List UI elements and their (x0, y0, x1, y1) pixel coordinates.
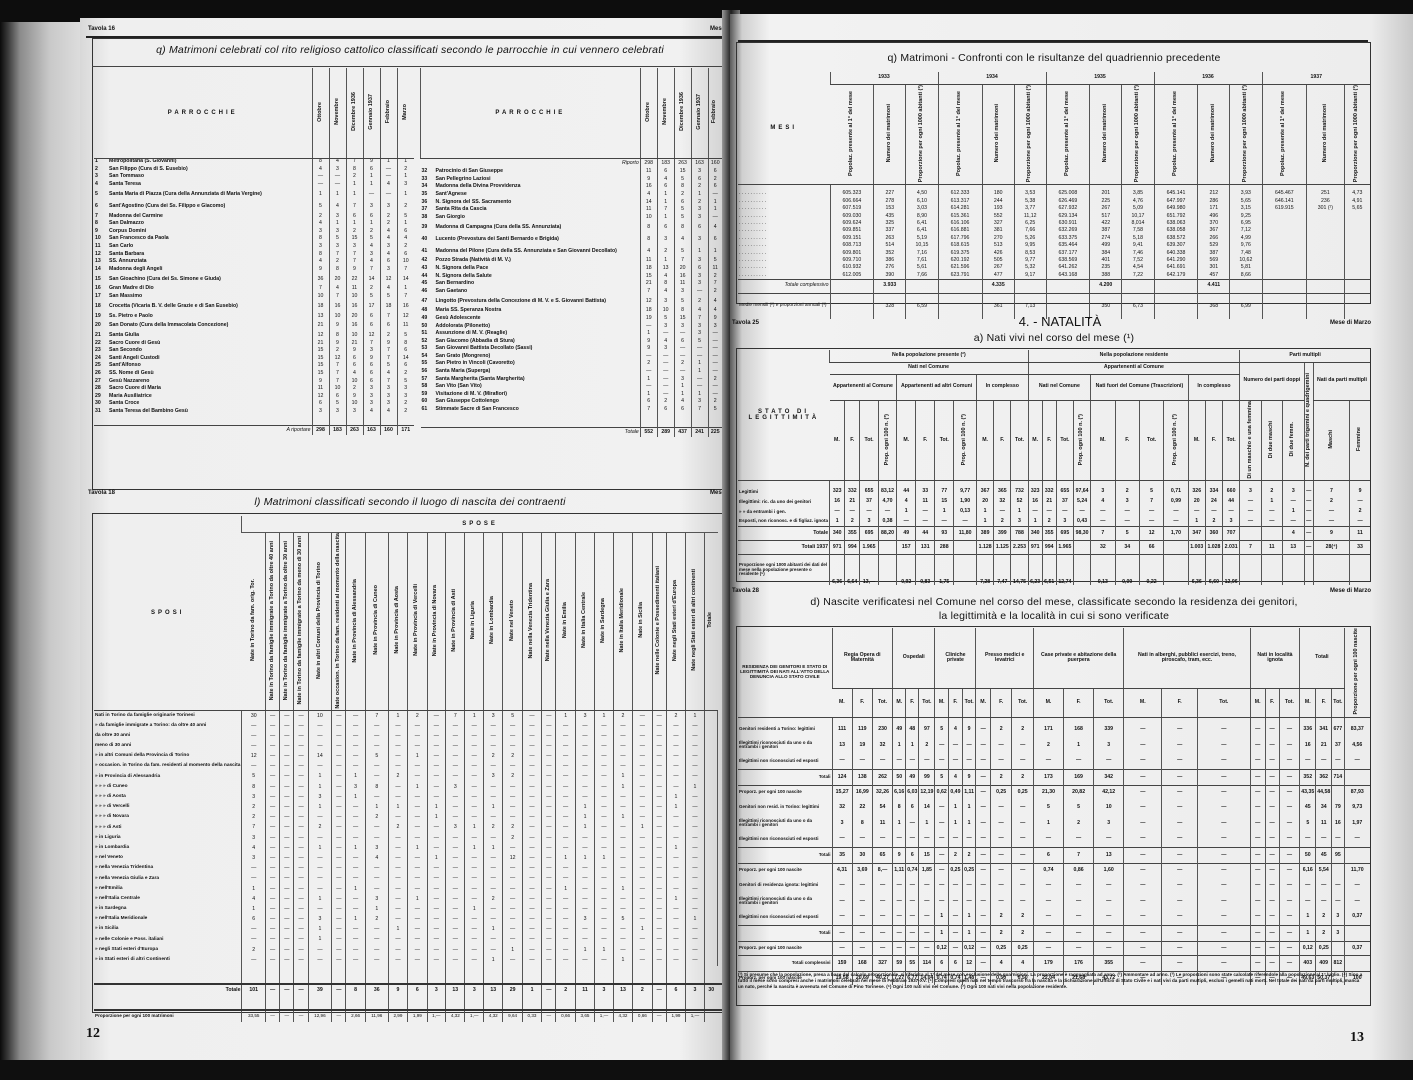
table-cell: — (542, 935, 556, 945)
table-cell: 10 (397, 258, 414, 266)
table-cell: 3 (312, 243, 329, 251)
table-cell: 6,25 (1014, 220, 1046, 227)
table-cell: — (332, 792, 346, 802)
row-number: 55 (422, 361, 436, 366)
table-cell: 13 (484, 984, 503, 998)
table-cell: 1 (329, 188, 346, 200)
table-cell: 9,73 (1344, 799, 1370, 815)
table-cell: 2 (397, 400, 414, 408)
col-header: Numero dei matrimoni (995, 104, 1001, 162)
row-number: 56 (422, 369, 436, 374)
table-cell: 49 (897, 527, 916, 541)
row-number: 9 (95, 229, 109, 234)
table-cell: — (962, 877, 976, 893)
table-cell: 0,86 (1064, 863, 1094, 877)
parish-name: 48Maria SS. Speranza Nostra (421, 307, 641, 315)
table-cell: — (446, 864, 465, 874)
table-cell: 4 (365, 853, 388, 863)
table-row: . . . . . . . . . .605.3232274,50612.333… (738, 190, 1370, 197)
row-label: Totali (738, 847, 832, 863)
parish-name: 23San Secondo (94, 347, 312, 355)
table-cell: — (388, 884, 407, 894)
table-cell: 15 (674, 315, 691, 323)
table-cell: 3 (312, 408, 329, 416)
col-header: Numero dei matrimoni (887, 104, 893, 162)
table-cell: 1 (1064, 737, 1094, 753)
col-header: Nate occasion. in Torino da fam. residen… (336, 533, 342, 709)
row-label: » nella Venezia Giulia e Zara (94, 874, 242, 884)
table-cell: 2 (388, 772, 407, 782)
table-cell: 163 (363, 425, 380, 435)
table-cell: — (503, 813, 522, 823)
table-cell: — (652, 874, 666, 884)
table-cell: — (1091, 517, 1115, 527)
table-cell: — (332, 853, 346, 863)
col-header: M. (1091, 400, 1115, 481)
table-row: 36N. Signora del SS. Sacramento141621 (421, 198, 723, 206)
table-cell: 4 (363, 258, 380, 266)
table-cell: — (633, 792, 652, 802)
table-cell: 1,— (595, 1010, 614, 1022)
table-cell: — (1124, 785, 1162, 799)
table-cell: 1 (962, 815, 976, 831)
row-label: Totali complessivi (738, 955, 832, 971)
table-cell: — (427, 772, 446, 782)
table-cell: 1 (686, 711, 705, 721)
table-cell: 5 (674, 295, 691, 307)
group-header: Nati da parti multipli (1313, 362, 1370, 400)
table-cell: — (1064, 893, 1094, 909)
table-cell: 367 (1198, 227, 1230, 234)
col-header: M. (1028, 400, 1042, 481)
table-cell (704, 915, 717, 925)
table-cell: 111 (832, 721, 852, 737)
table-cell: — (427, 904, 446, 914)
table-cell: — (294, 772, 308, 782)
table-cell: — (640, 383, 657, 391)
table-cell: — (503, 874, 522, 884)
table-cell: — (686, 853, 705, 863)
col-header: Di due femm. (1290, 422, 1296, 457)
table-cell: — (1279, 925, 1300, 941)
table-cell: — (686, 935, 705, 945)
table-cell: 2,99 (388, 1010, 407, 1022)
table-cell: 362 (1316, 769, 1332, 785)
section-title: 4. - NATALITÀ (910, 314, 1210, 329)
table-cell: — (595, 752, 614, 762)
table-cell: — (575, 792, 594, 802)
parish-name: 28Sacro Cuore di Maria (94, 385, 312, 393)
table-cell: 7,47 (994, 555, 1011, 585)
col-month: Ottobre (318, 102, 324, 122)
table-cell: — (691, 288, 708, 296)
table-cell: — (666, 762, 685, 772)
table-cell: — (265, 711, 279, 721)
table-cell: 21 (640, 280, 657, 288)
table-cell: 4 (1283, 527, 1304, 541)
table-cell (704, 752, 717, 762)
group-header: Numero dei parti doppi (1240, 362, 1304, 400)
table-cell: 263 (874, 235, 906, 242)
table-cell: 505 (982, 257, 1014, 264)
table-cell: 3 (242, 833, 266, 843)
table-cell: 6 (691, 176, 708, 184)
table-cell: 3 (1332, 909, 1344, 925)
table-cell: — (633, 884, 652, 894)
row-number: 22 (95, 341, 109, 346)
table-cell: — (633, 711, 652, 721)
table-cell: — (919, 753, 935, 769)
table-cell: — (465, 792, 484, 802)
row-number: 20 (95, 323, 109, 328)
table-cell: — (575, 782, 594, 792)
table-cell: 37 (1056, 497, 1073, 507)
table-cell: 1 (691, 368, 708, 376)
table-cell (1262, 257, 1307, 264)
table-cell: 3 (363, 200, 380, 212)
table-cell (704, 935, 717, 945)
table-cell: 10 (329, 312, 346, 320)
table-cell: 289 (657, 427, 674, 437)
table-cell: — (1064, 925, 1094, 941)
table-cell: 30 (852, 847, 872, 863)
tav28-title-line2: la legittimità e la località in cui si s… (740, 610, 1368, 622)
col-header: Tot. (935, 400, 954, 481)
parish-name: 3San Tommaso (94, 173, 312, 181)
parish-name: 37Santa Rita da Cascia (421, 206, 641, 214)
table-cell: — (542, 894, 556, 904)
table-cell: — (1279, 769, 1300, 785)
table-cell: 9 (708, 315, 722, 323)
table-cell: 278 (874, 198, 906, 205)
table-cell: 6 (329, 393, 346, 401)
rule (92, 66, 724, 67)
table-cell: — (1344, 893, 1370, 909)
table-cell: — (408, 925, 427, 935)
table-cell (704, 741, 717, 751)
table-cell (704, 894, 717, 904)
table-cell: — (427, 782, 446, 792)
table-cell: — (633, 843, 652, 853)
table-cell: 7 (365, 711, 388, 721)
table-cell: — (503, 762, 522, 772)
table-row: . . . . . . . . . .606.6642786,10613.317… (738, 198, 1370, 205)
table-cell: 632.269 (1046, 227, 1090, 234)
table-cell: 1 (388, 803, 407, 813)
table-cell: 9,41 (1122, 242, 1154, 249)
table-cell: 1 (640, 391, 657, 399)
table-cell: 4 (640, 191, 657, 199)
table-cell: 1 (575, 823, 594, 833)
table-cell: — (708, 214, 722, 222)
table-cell: 5,61 (906, 264, 938, 271)
table-cell: 4 (242, 843, 266, 853)
table-cell: 627.932 (1046, 205, 1090, 212)
table-cell: 14 (363, 273, 380, 285)
table-cell: — (522, 853, 541, 863)
table-cell: — (595, 803, 614, 813)
table-cell: 93 (935, 527, 954, 541)
table-cell: — (265, 782, 279, 792)
table-cell: — (652, 721, 666, 731)
table-cell: 5,26 (1014, 235, 1046, 242)
table-cell: 1 (613, 772, 632, 782)
table-cell: — (408, 731, 427, 741)
table-cell: 1 (1188, 517, 1205, 527)
table-cell: — (332, 904, 346, 914)
table-cell: 3 (427, 984, 446, 998)
births-table: STATO DI LEGITTIMITÀ Nella popolazione p… (738, 350, 1370, 585)
table-cell: 7 (1313, 487, 1349, 497)
table-row: Proporz. per ogni 100 nascite——————0,12—… (738, 941, 1370, 955)
table-row: » occasion. in Torino da fam. residenti … (94, 762, 722, 772)
table-cell: — (1162, 815, 1198, 831)
table-cell: — (265, 955, 279, 965)
parish-label: Addolorata (Pilonetto) (436, 323, 490, 329)
table-cell: 6 (640, 398, 657, 406)
table-cell: — (906, 925, 919, 941)
row-label: Medie mensili (²) e proporzioni annuali … (738, 293, 830, 319)
parish-label: San Massimo (109, 293, 142, 299)
table-cell: — (265, 915, 279, 925)
parish-name: 11San Carlo (94, 243, 312, 251)
table-cell: 360 (1205, 527, 1222, 541)
table-cell: — (1279, 753, 1300, 769)
table-cell (1307, 235, 1344, 242)
table-cell: 0,13 (954, 507, 977, 517)
table-cell: 45 (1316, 847, 1332, 863)
table-cell: 87,93 (1344, 785, 1370, 799)
total-row: Totale101———39—83696313313291—2113132—63… (94, 984, 722, 998)
table-cell: 337 (874, 227, 906, 234)
table-cell (704, 843, 717, 853)
table-cell: — (674, 368, 691, 376)
table-cell: — (1279, 955, 1300, 971)
row-label: » in Liguria (94, 833, 242, 843)
table-cell: 9,95 (1014, 242, 1046, 249)
table-cell: — (1124, 721, 1162, 737)
table-cell: 1 (686, 915, 705, 925)
table-cell: — (465, 894, 484, 904)
table-cell: — (522, 823, 541, 833)
total-row: Totali 19379719941.9651571312881.1281.12… (738, 541, 1370, 555)
table-cell: — (1056, 507, 1073, 517)
row-label: Genitori non resid. in Torino: legittimi (738, 799, 832, 815)
table-row: » » » di Novara2——————2——1———————1—1———— (94, 813, 722, 823)
col-header: Nate in Italia Centrale (582, 592, 588, 648)
table-row: 56Santa Maria (Superga)———1— (421, 368, 723, 376)
table-row: 9Corpus Domini332246 (94, 228, 414, 236)
table-cell: 457 (1198, 272, 1230, 279)
table-cell: — (388, 874, 407, 884)
col-header: Popolaz. presente al 1° del mese (957, 91, 963, 176)
table-cell (704, 803, 717, 813)
table-cell: 2 (380, 332, 397, 340)
table-cell: — (657, 391, 674, 399)
row-number: 23 (95, 348, 109, 353)
row-number: 11 (95, 244, 109, 249)
table-cell: — (652, 823, 666, 833)
table-cell: — (427, 915, 446, 925)
table-cell: 13,— (860, 555, 878, 585)
table-cell: 2 (691, 198, 708, 206)
table-cell: — (294, 955, 308, 965)
row-number: 46 (422, 289, 436, 294)
tav28-title-line1: d) Nascite verificatesi nel Comune nel c… (740, 596, 1368, 608)
table-cell: 12 (1139, 527, 1163, 541)
table-cell: 3.933 (874, 279, 906, 293)
table-cell: 11 (640, 168, 657, 176)
table-cell: 2 (657, 245, 674, 257)
table-cell: 1 (1261, 497, 1282, 507)
table-cell: 1 (1011, 507, 1028, 517)
table-cell: — (346, 731, 365, 741)
table-cell: — (652, 833, 666, 843)
parish-name: 61Stimmate Sacre di San Francesco (421, 406, 641, 414)
table-cell: — (332, 984, 346, 998)
table-cell: 8 (397, 340, 414, 348)
table-cell: — (503, 904, 522, 914)
table-cell: — (265, 843, 279, 853)
col-header: N. dei parti trigemini e quadrigemini (1306, 373, 1312, 467)
table-cell: 16 (830, 497, 845, 507)
table-cell: 20 (346, 312, 363, 320)
table-cell: 6,60 (1205, 555, 1222, 585)
table-cell: — (652, 894, 666, 904)
row-label-dots: . . . . . . . . . . (738, 198, 830, 205)
table-cell: 642.179 (1154, 272, 1198, 279)
table-cell: — (686, 945, 705, 955)
month-label: Mese di Marzo (1330, 320, 1371, 326)
parish-label: Santa Teresa (109, 181, 141, 187)
row-label: » nella Venezia Tridentina (94, 864, 242, 874)
table-row: . . . . . . . . . .607.5191533,03614.281… (738, 205, 1370, 212)
table-cell: — (595, 925, 614, 935)
col-header: Tot. (919, 689, 935, 718)
table-cell: 9 (346, 266, 363, 274)
table-cell: 2 (397, 200, 414, 212)
table-cell: 10 (346, 293, 363, 301)
table-cell: 11 (346, 285, 363, 293)
table-cell: — (522, 843, 541, 853)
table-cell: 15 (346, 235, 363, 243)
row-number: 1 (95, 159, 109, 164)
table-cell (1332, 785, 1344, 799)
table-cell: — (503, 925, 522, 935)
table-cell: — (280, 711, 294, 721)
table-cell: — (446, 884, 465, 894)
table-cell: — (346, 874, 365, 884)
parish-label: Madonna della Divina Provvidenza (436, 183, 521, 189)
table-cell: — (935, 815, 949, 831)
table-row: Illegittimi non riconosciuti ed esposti—… (738, 753, 1370, 769)
table-cell: 1 (308, 894, 332, 904)
table-cell: — (595, 894, 614, 904)
table-cell: — (446, 762, 465, 772)
table-cell: — (408, 853, 427, 863)
table-cell: 0,83 (916, 555, 935, 585)
table-cell: — (542, 803, 556, 813)
group-header: Ospedali (893, 628, 935, 689)
table-cell: — (484, 792, 503, 802)
table-cell: — (294, 843, 308, 853)
table-cell: 2 (1042, 517, 1056, 527)
col-header: Nate nella Venezia Tridentina (529, 583, 535, 659)
table-cell: — (1124, 909, 1162, 925)
table-cell: — (280, 833, 294, 843)
table-cell: — (542, 864, 556, 874)
col-header: M. (1300, 689, 1316, 718)
table-cell: — (522, 894, 541, 904)
col-month: Gennaio 1937 (369, 94, 375, 130)
table-cell: — (365, 833, 388, 843)
table-cell: 645.141 (1154, 190, 1198, 197)
table-cell: — (388, 731, 407, 741)
table-cell: 3 (365, 843, 388, 853)
table-cell: — (1265, 925, 1279, 941)
table-cell: — (686, 904, 705, 914)
marriage-comparison-table: MESI 19331934193519361937 Popolaz. prese… (738, 72, 1370, 319)
col-header: F. (845, 400, 860, 481)
col-header: Nate in Lombardia (490, 596, 496, 644)
table-cell: 10 (1094, 799, 1124, 815)
row-header: RESIDENZA DEI GENITORI E STATO DI LEGITT… (738, 628, 832, 717)
table-cell: 2 (1012, 721, 1034, 737)
table-cell: 1 (977, 507, 994, 517)
table-cell: 3 (691, 233, 708, 245)
table-cell: 9 (329, 340, 346, 348)
table-row: Illegittimi riconosciuti da uno o da ent… (738, 815, 1370, 831)
table-cell: 21 (1316, 737, 1332, 753)
table-cell: 4,56 (1344, 737, 1370, 753)
table-cell: — (1139, 507, 1163, 517)
table-cell: — (388, 853, 407, 863)
table-cell: — (1064, 877, 1094, 893)
table-cell: 20,82 (1064, 785, 1094, 799)
table-row: Illegittimi non riconosciuti ed esposti—… (738, 831, 1370, 847)
table-cell: — (503, 782, 522, 792)
table-cell: 124 (832, 769, 852, 785)
table-cell: 7 (329, 377, 346, 385)
table-cell: 1 (388, 711, 407, 721)
table-cell: — (332, 843, 346, 853)
total-row: Totali——————1—1—22—————————123 (738, 925, 1370, 941)
table-cell: 3 (686, 984, 705, 998)
table-cell: — (1313, 517, 1349, 527)
table-cell: — (852, 877, 872, 893)
table-cell: 641.290 (1154, 257, 1198, 264)
table-cell: — (556, 935, 575, 945)
table-cell: 77 (935, 487, 954, 497)
col-header: M. (1124, 689, 1162, 718)
row-label: Illegittimi riconosciuti da uno o da ent… (738, 893, 832, 909)
col-header: F. (1042, 400, 1056, 481)
table-cell: — (1124, 737, 1162, 753)
table-cell: — (976, 737, 990, 753)
table-cell: — (446, 772, 465, 782)
table-cell: — (832, 893, 852, 909)
table-row: . . . . . . . . . .609.8013527,16619.375… (738, 250, 1370, 257)
table-cell: — (595, 731, 614, 741)
table-cell: 119 (852, 721, 872, 737)
table-cell: — (1094, 893, 1124, 909)
col-header: M. (830, 400, 845, 481)
table-cell: 11 (640, 257, 657, 265)
table-cell: — (265, 1010, 279, 1022)
table-row: » in Liguria3—————————————2—————————— (94, 833, 722, 843)
table-cell: 629.134 (1046, 213, 1090, 220)
table-cell: — (542, 813, 556, 823)
